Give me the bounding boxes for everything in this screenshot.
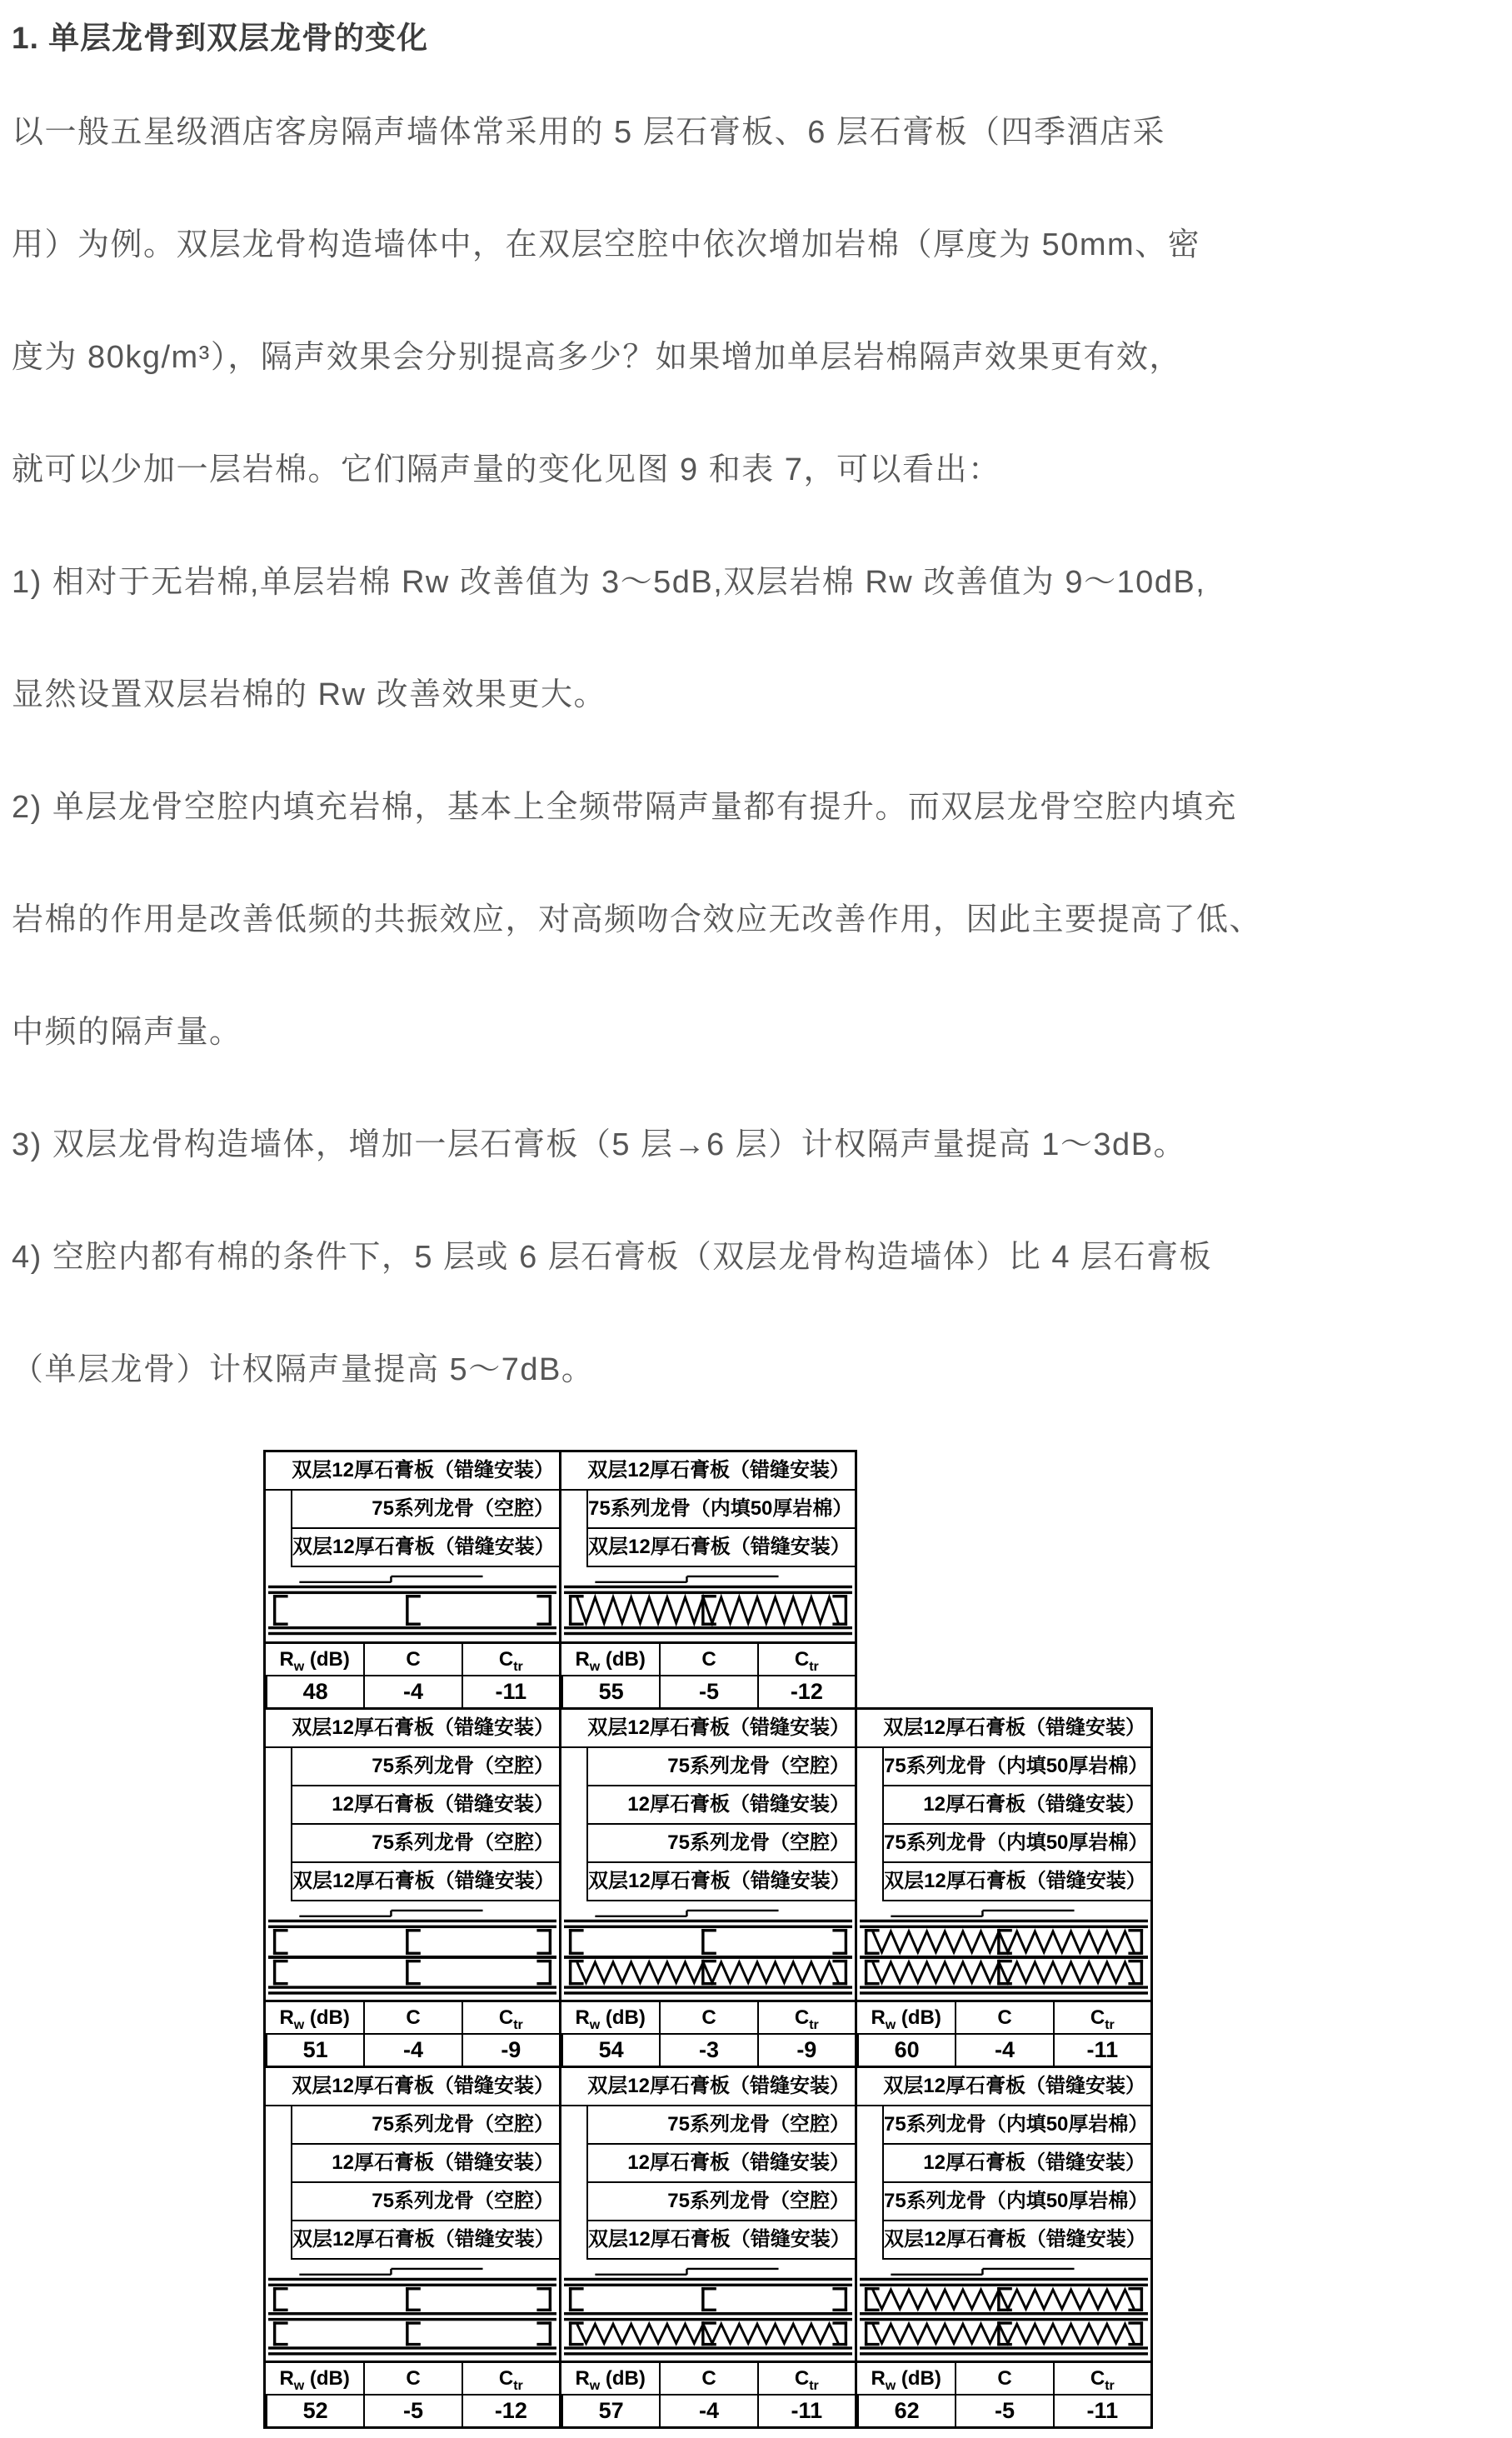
acoustic-rating-table: Rw (dB)CCtr60-4-11 [857, 2000, 1150, 2066]
article: 1. 单层龙骨到双层龙骨的变化 以一般五星级酒店客房隔声墙体常采用的 5 层石膏… [0, 0, 1512, 1426]
layer-label: 75系列龙骨（空腔） [292, 2106, 559, 2145]
wall-panel: 双层12厚石膏板（错缝安装）75系列龙骨（空腔）12厚石膏板（错缝安装）75系列… [263, 1707, 561, 2068]
paragraph-line: 3) 双层龙骨构造墙体，增加一层石膏板（5 层→6 层）计权隔声量提高 1～3d… [12, 1089, 1500, 1202]
paragraph-line: 就可以少加一层岩棉。它们隔声量的变化见图 9 和表 7，可以看出： [12, 414, 1500, 527]
header-main: C [499, 1648, 513, 1671]
header-tail: (dB) [600, 2367, 646, 2390]
layer-label: 双层12厚石膏板（错缝安装） [884, 1863, 1150, 1901]
table-header-cell: C [363, 2002, 461, 2035]
table-value-cell: -11 [1053, 2035, 1150, 2066]
table-header-cell: C [363, 1644, 461, 1676]
layer-label: 12厚石膏板（错缝安装） [884, 2145, 1150, 2183]
header-sub: tr [513, 2018, 523, 2032]
header-main: C [795, 2006, 809, 2029]
figure-row: 双层12厚石膏板（错缝安装）75系列龙骨（空腔）双层12厚石膏板（错缝安装）Rw… [263, 1450, 1512, 1710]
document-page: 1. 单层龙骨到双层龙骨的变化 以一般五星级酒店客房隔声墙体常采用的 5 层石膏… [0, 0, 1512, 2438]
header-main: R [871, 2367, 885, 2390]
header-main: C [406, 2006, 420, 2029]
table-value-cell: -3 [659, 2035, 756, 2066]
paragraph-line: 用）为例。双层龙骨构造墙体中，在双层空腔中依次增加岩棉（厚度为 50mm、密 [12, 189, 1500, 302]
header-sub: w [886, 2379, 896, 2393]
diagram-holder [266, 1901, 559, 2000]
layer-label: 双层12厚石膏板（错缝安装） [292, 1863, 559, 1901]
table-value-cell: -4 [363, 2035, 461, 2066]
table-value-cell: -9 [462, 2035, 559, 2066]
paragraph-line: （单层龙骨）计权隔声量提高 5～7dB。 [12, 1314, 1500, 1426]
table-value-cell: -11 [462, 1676, 559, 1707]
table-value-cell: -11 [757, 2396, 855, 2426]
table-value-cell: 48 [266, 1676, 363, 1707]
figure-row: 双层12厚石膏板（错缝安装）75系列龙骨（空腔）12厚石膏板（错缝安装）75系列… [263, 2066, 1512, 2429]
header-main: C [1090, 2367, 1105, 2390]
table-header-cell: Ctr [757, 2002, 855, 2035]
wall-section-diagram [860, 1908, 1148, 1996]
table-header-cell: C [955, 2363, 1052, 2396]
layer-label: 75系列龙骨（内填50厚岩棉） [884, 2106, 1150, 2145]
wall-panel: 双层12厚石膏板（错缝安装）75系列龙骨（空腔）12厚石膏板（错缝安装）75系列… [263, 2066, 561, 2429]
wall-section-diagram [860, 2266, 1148, 2357]
layer-label: 12厚石膏板（错缝安装） [884, 1786, 1150, 1825]
table-value-cell: -12 [757, 1676, 855, 1707]
header-tail: (dB) [304, 2367, 350, 2390]
table-header-cell: Ctr [462, 2002, 559, 2035]
wall-section-diagram [564, 2266, 852, 2357]
table-header-cell: Ctr [757, 2363, 855, 2396]
paragraph-line: 岩棉的作用是改善低频的共振效应，对高频吻合效应无改善作用，因此主要提高了低、 [12, 864, 1500, 977]
diagram-holder [561, 1901, 855, 2000]
layer-label: 75系列龙骨（内填50厚岩棉） [884, 2183, 1150, 2221]
paragraph-line: 1) 相对于无岩棉,单层岩棉 Rw 改善值为 3～5dB,双层岩棉 Rw 改善值… [12, 527, 1500, 639]
header-main: R [279, 2006, 293, 2029]
paragraph-line: 中频的隔声量。 [12, 977, 1500, 1089]
table-header-cell: C [659, 1644, 756, 1676]
table-value-cell: -9 [757, 2035, 855, 2066]
diagram-holder [561, 2260, 855, 2361]
header-sub: w [294, 2018, 304, 2032]
header-main: R [279, 2367, 293, 2390]
layer-label: 75系列龙骨（空腔） [588, 2106, 855, 2145]
diagram-holder [266, 2260, 559, 2361]
header-main: R [575, 2006, 589, 2029]
layer-label: 双层12厚石膏板（错缝安装） [266, 2068, 559, 2106]
table-value-cell: -11 [1053, 2396, 1150, 2426]
wall-panel: 双层12厚石膏板（错缝安装）75系列龙骨（空腔）12厚石膏板（错缝安装）75系列… [559, 1707, 857, 2068]
layer-label: 双层12厚石膏板（错缝安装） [561, 1452, 855, 1491]
header-main: C [997, 2367, 1011, 2390]
wall-section-diagram [268, 1574, 556, 1638]
table-header-cell: Rw (dB) [266, 2002, 363, 2035]
table-header-cell: Rw (dB) [266, 2363, 363, 2396]
header-main: C [406, 2367, 420, 2390]
diagram-holder [857, 1901, 1150, 2000]
header-sub: w [294, 2379, 304, 2393]
wall-section-diagram [564, 1908, 852, 1996]
header-sub: tr [809, 1659, 819, 1673]
table-header-cell: Ctr [757, 1644, 855, 1676]
layer-label: 双层12厚石膏板（错缝安装） [588, 1529, 855, 1567]
layer-label: 12厚石膏板（错缝安装） [588, 2145, 855, 2183]
header-tail: (dB) [304, 1648, 350, 1671]
table-value-cell: 52 [266, 2396, 363, 2426]
table-value-cell: 54 [561, 2035, 659, 2066]
table-value-cell: 51 [266, 2035, 363, 2066]
header-sub: tr [1105, 2379, 1115, 2393]
layer-label: 双层12厚石膏板（错缝安装） [292, 2221, 559, 2260]
layer-label-ladder: 75系列龙骨（空腔）双层12厚石膏板（错缝安装） [291, 1491, 559, 1567]
table-value-cell: -5 [363, 2396, 461, 2426]
acoustic-rating-table: Rw (dB)CCtr55-5-12 [561, 1641, 855, 1707]
wall-panel: 双层12厚石膏板（错缝安装）75系列龙骨（空腔）双层12厚石膏板（错缝安装）Rw… [263, 1450, 561, 1710]
paragraph-line: 2) 单层龙骨空腔内填充岩棉，基本上全频带隔声量都有提升。而双层龙骨空腔内填充 [12, 752, 1500, 864]
layer-label: 75系列龙骨（空腔） [292, 2183, 559, 2221]
acoustic-rating-table: Rw (dB)CCtr62-5-11 [857, 2361, 1150, 2426]
wall-panel: 双层12厚石膏板（错缝安装）75系列龙骨（空腔）12厚石膏板（错缝安装）75系列… [559, 2066, 857, 2429]
layer-label: 12厚石膏板（错缝安装） [292, 2145, 559, 2183]
table-value-cell: -5 [659, 1676, 756, 1707]
acoustic-rating-table: Rw (dB)CCtr51-4-9 [266, 2000, 559, 2066]
layer-label: 双层12厚石膏板（错缝安装） [561, 2068, 855, 2106]
diagram-holder [266, 1567, 559, 1641]
header-main: C [701, 1648, 716, 1671]
table-value-cell: -4 [659, 2396, 756, 2426]
table-value-cell: 60 [857, 2035, 955, 2066]
layer-label-ladder: 75系列龙骨（空腔）12厚石膏板（错缝安装）75系列龙骨（空腔）双层12厚石膏板… [291, 2106, 559, 2260]
wall-section-diagram [268, 2266, 556, 2357]
header-tail: (dB) [600, 1648, 646, 1671]
table-header-cell: Ctr [1053, 2002, 1150, 2035]
header-main: C [795, 1648, 809, 1671]
table-value-cell: 57 [561, 2396, 659, 2426]
layer-label: 75系列龙骨（空腔） [292, 1491, 559, 1529]
header-main: C [997, 2006, 1011, 2029]
layer-label-ladder: 75系列龙骨（内填50厚岩棉）双层12厚石膏板（错缝安装） [586, 1491, 855, 1567]
acoustic-rating-table: Rw (dB)CCtr48-4-11 [266, 1641, 559, 1707]
layer-label-ladder: 75系列龙骨（内填50厚岩棉）12厚石膏板（错缝安装）75系列龙骨（内填50厚岩… [882, 1748, 1150, 1901]
header-sub: tr [809, 2379, 819, 2393]
layer-label: 75系列龙骨（空腔） [588, 1748, 855, 1786]
table-value-cell: -4 [955, 2035, 1052, 2066]
layer-label: 12厚石膏板（错缝安装） [292, 1786, 559, 1825]
acoustic-rating-table: Rw (dB)CCtr57-4-11 [561, 2361, 855, 2426]
layer-label-ladder: 75系列龙骨（空腔）12厚石膏板（错缝安装）75系列龙骨（空腔）双层12厚石膏板… [291, 1748, 559, 1901]
header-sub: w [590, 2379, 600, 2393]
table-header-cell: Ctr [462, 2363, 559, 2396]
header-main: R [575, 2367, 589, 2390]
wall-panel: 双层12厚石膏板（错缝安装）75系列龙骨（内填50厚岩棉）双层12厚石膏板（错缝… [559, 1450, 857, 1710]
table-header-cell: Rw (dB) [857, 2363, 955, 2396]
header-sub: w [886, 2018, 896, 2032]
paragraph-line: 4) 空腔内都有棉的条件下，5 层或 6 层石膏板（双层龙骨构造墙体）比 4 层… [12, 1202, 1500, 1314]
table-header-cell: Ctr [462, 1644, 559, 1676]
layer-label-ladder: 75系列龙骨（内填50厚岩棉）12厚石膏板（错缝安装）75系列龙骨（内填50厚岩… [882, 2106, 1150, 2260]
layer-label: 双层12厚石膏板（错缝安装） [884, 2221, 1150, 2260]
table-value-cell: 55 [561, 1676, 659, 1707]
layer-label: 75系列龙骨（内填50厚岩棉） [588, 1491, 855, 1529]
figure-row: 双层12厚石膏板（错缝安装）75系列龙骨（空腔）12厚石膏板（错缝安装）75系列… [263, 1707, 1512, 2068]
layer-label: 75系列龙骨（空腔） [588, 2183, 855, 2221]
header-tail: (dB) [896, 2367, 941, 2390]
article-body: 以一般五星级酒店客房隔声墙体常采用的 5 层石膏板、6 层石膏板（四季酒店采用）… [12, 77, 1500, 1426]
header-main: C [1090, 2006, 1105, 2029]
table-value-cell: 62 [857, 2396, 955, 2426]
layer-label: 75系列龙骨（空腔） [292, 1825, 559, 1863]
table-header-cell: Rw (dB) [561, 1644, 659, 1676]
layer-label: 双层12厚石膏板（错缝安装） [857, 2068, 1150, 2106]
page-title: 1. 单层龙骨到双层龙骨的变化 [12, 0, 1500, 77]
layer-label: 双层12厚石膏板（错缝安装） [857, 1710, 1150, 1748]
table-header-cell: C [955, 2002, 1052, 2035]
header-main: R [871, 2006, 885, 2029]
wall-section-diagram [268, 1908, 556, 1996]
header-tail: (dB) [600, 2006, 646, 2029]
layer-label: 双层12厚石膏板（错缝安装） [266, 1710, 559, 1748]
layer-label-ladder: 75系列龙骨（空腔）12厚石膏板（错缝安装）75系列龙骨（空腔）双层12厚石膏板… [586, 2106, 855, 2260]
wall-panel: 双层12厚石膏板（错缝安装）75系列龙骨（内填50厚岩棉）12厚石膏板（错缝安装… [855, 2066, 1153, 2429]
layer-label: 75系列龙骨（空腔） [588, 1825, 855, 1863]
header-main: R [279, 1648, 293, 1671]
header-main: C [795, 2367, 809, 2390]
table-value-cell: -4 [363, 1676, 461, 1707]
table-header-cell: Rw (dB) [266, 1644, 363, 1676]
header-main: C [701, 2006, 716, 2029]
table-header-cell: Rw (dB) [857, 2002, 955, 2035]
diagram-holder [561, 1567, 855, 1641]
layer-label: 75系列龙骨（内填50厚岩棉） [884, 1748, 1150, 1786]
paragraph-line: 显然设置双层岩棉的 Rw 改善效果更大。 [12, 639, 1500, 752]
header-main: C [499, 2367, 513, 2390]
table-header-cell: Rw (dB) [561, 2363, 659, 2396]
header-main: R [575, 1648, 589, 1671]
header-sub: tr [513, 2379, 523, 2393]
table-header-cell: C [659, 2002, 756, 2035]
header-sub: tr [809, 2018, 819, 2032]
diagram-holder [857, 2260, 1150, 2361]
table-header-cell: Ctr [1053, 2363, 1150, 2396]
layer-label: 75系列龙骨（内填50厚岩棉） [884, 1825, 1150, 1863]
layer-label: 12厚石膏板（错缝安装） [588, 1786, 855, 1825]
table-header-cell: C [363, 2363, 461, 2396]
layer-label: 双层12厚石膏板（错缝安装） [266, 1452, 559, 1491]
header-main: C [499, 2006, 513, 2029]
layer-label-ladder: 75系列龙骨（空腔）12厚石膏板（错缝安装）75系列龙骨（空腔）双层12厚石膏板… [586, 1748, 855, 1901]
header-sub: tr [513, 1659, 523, 1673]
layer-label: 双层12厚石膏板（错缝安装） [588, 1863, 855, 1901]
header-tail: (dB) [304, 2006, 350, 2029]
table-value-cell: -5 [955, 2396, 1052, 2426]
layer-label: 双层12厚石膏板（错缝安装） [292, 1529, 559, 1567]
header-tail: (dB) [896, 2006, 941, 2029]
acoustic-rating-table: Rw (dB)CCtr54-3-9 [561, 2000, 855, 2066]
wall-constructions-figure: 双层12厚石膏板（错缝安装）75系列龙骨（空腔）双层12厚石膏板（错缝安装）Rw… [263, 1450, 1512, 2429]
table-value-cell: -12 [462, 2396, 559, 2426]
header-sub: tr [1105, 2018, 1115, 2032]
header-sub: w [590, 2018, 600, 2032]
header-sub: w [590, 1659, 600, 1673]
layer-label: 75系列龙骨（空腔） [292, 1748, 559, 1786]
layer-label: 双层12厚石膏板（错缝安装） [588, 2221, 855, 2260]
wall-panel: 双层12厚石膏板（错缝安装）75系列龙骨（内填50厚岩棉）12厚石膏板（错缝安装… [855, 1707, 1153, 2068]
layer-label: 双层12厚石膏板（错缝安装） [561, 1710, 855, 1748]
table-header-cell: C [659, 2363, 756, 2396]
paragraph-line: 以一般五星级酒店客房隔声墙体常采用的 5 层石膏板、6 层石膏板（四季酒店采 [12, 77, 1500, 189]
header-main: C [406, 1648, 420, 1671]
wall-section-diagram [564, 1574, 852, 1638]
table-header-cell: Rw (dB) [561, 2002, 659, 2035]
header-sub: w [294, 1659, 304, 1673]
header-main: C [701, 2367, 716, 2390]
acoustic-rating-table: Rw (dB)CCtr52-5-12 [266, 2361, 559, 2426]
paragraph-line: 度为 80kg/m³），隔声效果会分别提高多少？如果增加单层岩棉隔声效果更有效， [12, 302, 1500, 414]
